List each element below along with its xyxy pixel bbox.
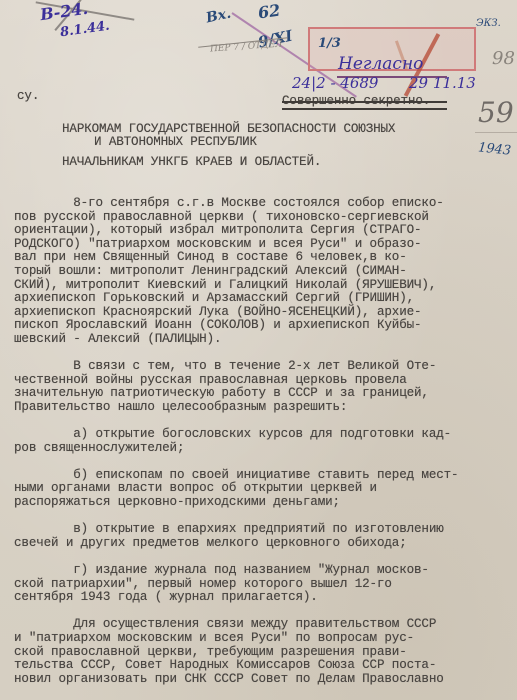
handwritten-registration-number: 24|2 - 4689 [292, 74, 378, 92]
margin-page-number-59: 59 [478, 96, 514, 129]
document-body: 8-го сентября с.г.в Москве состоялся соб… [14, 197, 458, 686]
handwritten-reference-number: 62 [257, 1, 282, 23]
address-line-2: И АВТОНОМНЫХ РЕСПУБЛИК [94, 136, 257, 150]
margin-page-number-98: 98 [492, 48, 515, 69]
handwritten-incoming-date: 8.1.44. [59, 19, 110, 41]
handwritten-incoming-code: В-24. [39, 0, 89, 24]
document-page: В-24. 8.1.44. Вх. 62 9/XI ПЕР 7 / ОТДЕЛ … [0, 0, 517, 700]
margin-line [475, 132, 517, 133]
strikethrough [282, 101, 447, 103]
margin-year: 1943 [477, 140, 511, 158]
address-line-3: НАЧАЛЬНИКАМ УНКГБ КРАЕВ И ОБЛАСТЕЙ. [62, 156, 321, 170]
addressee-code: су. [17, 90, 39, 104]
handwritten-incoming-mark: Вх. [205, 6, 233, 27]
margin-copy-mark: ЭКЗ. [476, 18, 501, 29]
handwritten-registration-date: 29 11.13 [409, 74, 476, 92]
handwritten-classification: Негласно [338, 54, 423, 74]
underline [282, 108, 447, 110]
pencil-note: ПЕР 7 / ОТДЕЛ [210, 39, 283, 54]
stamp-code: 1/3 [318, 36, 341, 51]
